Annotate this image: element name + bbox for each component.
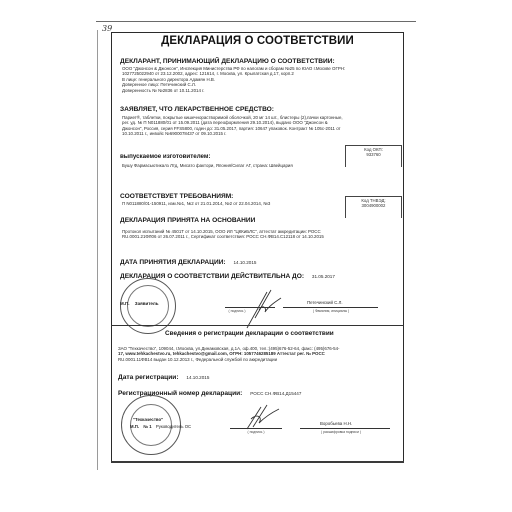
- registration-heading: Сведения о регистрации декларации о соот…: [165, 330, 334, 337]
- registrar-role: Руководитель ОС: [156, 424, 191, 429]
- adoption-date-value: 14.10.2015: [233, 260, 256, 265]
- registrar-name: Воробьева Н.Н.: [320, 421, 352, 426]
- registration-line: RU.0001.11ФВ14 выдан 10.12.2013 г., Феде…: [118, 357, 400, 362]
- manufacturer-line: Бушу Фармасьютикалз Лтд, Мисато фактори,…: [122, 163, 293, 168]
- registrar-name-caption: ( расшифровка подписи ): [310, 430, 372, 434]
- registrar-name-line: [300, 428, 390, 429]
- manufacturer-heading: выпускаемое изготовителем:: [120, 153, 211, 160]
- declarant-signature-scribble-icon: [245, 288, 285, 330]
- top-rule: [96, 21, 416, 22]
- valid-until-value: 31.05.2017: [312, 274, 335, 279]
- registration-date-value: 14.10.2015: [186, 375, 209, 380]
- okp-code-value: 933760: [346, 152, 401, 157]
- frame-bottom-rule: [111, 461, 404, 463]
- product-line: 10.10.2011 г., инвойс №6900078437 от 09.…: [122, 131, 343, 136]
- registration-divider: [111, 325, 404, 326]
- declarant-mp-label: М.П.: [120, 301, 129, 306]
- registrar-role-row: М.П. № 1 Руководитель ОС: [130, 424, 191, 429]
- declarant-heading: ДЕКЛАРАНТ, ПРИНИМАЮЩИЙ ДЕКЛАРАЦИЮ О СООТ…: [120, 58, 335, 65]
- product-details: Париет®, таблетки, покрытые кишечнораств…: [122, 115, 343, 137]
- registrar-signature-scribble-icon: [245, 403, 281, 431]
- basis-line: RU.0001.21ФЛ06 от 26.07.2011 г., Сертифи…: [122, 234, 324, 239]
- basis-heading: ДЕКЛАРАЦИЯ ПРИНЯТА НА ОСНОВАНИИ: [120, 217, 255, 224]
- declarant-line: Доверенность № №2836 от 10.11.2014 г.: [122, 88, 345, 93]
- registrar-stamp-org: "Техкачество": [133, 417, 163, 422]
- declarant-details: ООО "Джонсон & Джонсон", Инспекция Минис…: [122, 66, 345, 93]
- registration-date-label: Дата регистрации:: [118, 374, 179, 381]
- requirements-line: П N011880/01-150911, изм.№1, №2 от 21.01…: [122, 201, 270, 206]
- document-title: ДЕКЛАРАЦИЯ О СООТВЕТСТВИИ: [111, 35, 404, 47]
- requirements-heading: СООТВЕТСТВУЕТ ТРЕБОВАНИЯМ:: [120, 193, 233, 200]
- declarant-mp-row: М.П. Заявитель: [120, 301, 159, 306]
- declarant-name: Петечинский С.Л.: [307, 300, 343, 305]
- registrar-mp-label: М.П.: [130, 424, 139, 429]
- declarant-stamp-inner-ring: [127, 285, 169, 327]
- tnved-code-box: Код ТНВЭД: 3004900002: [345, 196, 402, 218]
- registration-details: ЗАО "Техкачество", 109044, г.Москва, ул.…: [118, 346, 400, 362]
- registrar-stamp-number: № 1: [143, 424, 151, 429]
- okp-code-box: Код ОКП: 933760: [345, 145, 402, 167]
- registration-number-label: Регистрационный номер декларации:: [118, 390, 242, 397]
- adoption-date-label: ДАТА ПРИНЯТИЯ ДЕКЛАРАЦИИ:: [120, 259, 226, 266]
- declarant-stamp-word: Заявитель: [135, 301, 159, 306]
- registration-date-row: Дата регистрации: 14.10.2015: [118, 374, 209, 381]
- basis-details: Протокол испытаний № 4501Т от 14.10.2015…: [122, 229, 324, 240]
- adoption-date-row: ДАТА ПРИНЯТИЯ ДЕКЛАРАЦИИ: 14.10.2015: [120, 259, 256, 266]
- tnved-code-value: 3004900002: [346, 203, 401, 208]
- left-margin-rule: [97, 30, 98, 470]
- product-heading: ЗАЯВЛЯЕТ, ЧТО ЛЕКАРСТВЕННОЕ СРЕДСТВО:: [120, 106, 274, 113]
- declarant-name-line: [283, 307, 378, 308]
- registration-number-value: РОСС CH.ФВ14.Д15447: [250, 391, 301, 396]
- declarant-name-caption: ( Фамилия, инициалы ): [305, 309, 357, 313]
